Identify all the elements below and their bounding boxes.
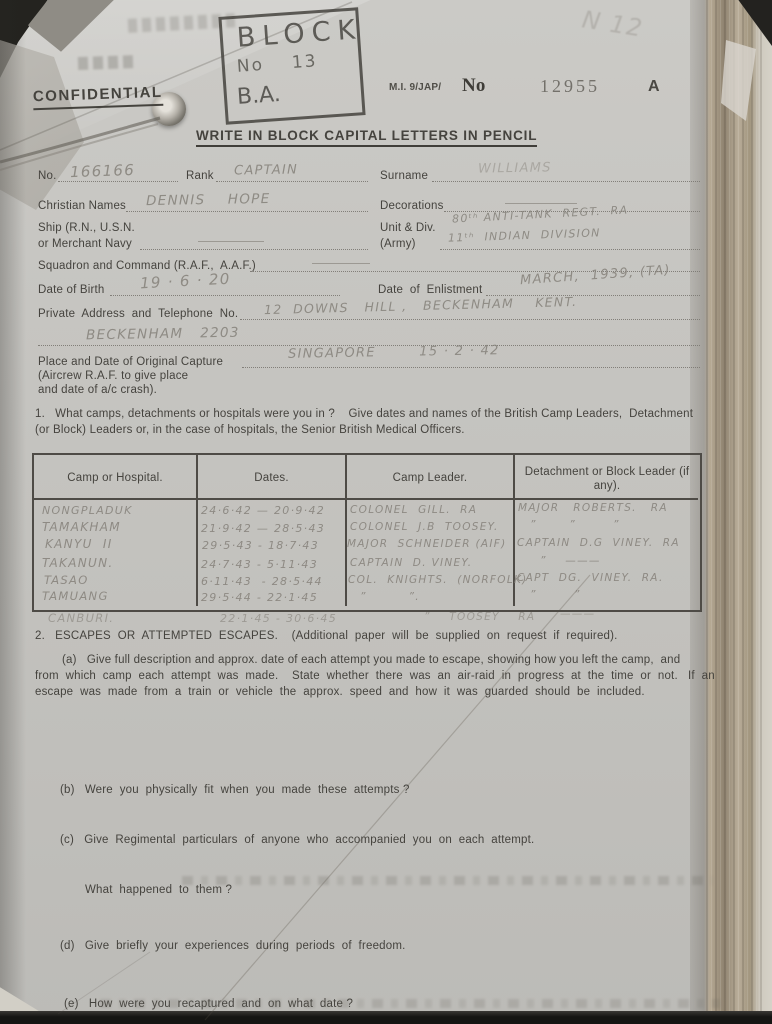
field-surname-line (432, 181, 700, 182)
detachment-cell-1: ” ” ” (530, 519, 620, 531)
leader-cell-1: COLONEL J.B TOOSEY. (350, 521, 499, 533)
torn-corner-flap (28, 0, 138, 70)
field-christian-label: Christian Names (38, 200, 126, 212)
q2a-line-2: from which camp each attempt was made. S… (35, 670, 715, 682)
field-unit-line (440, 249, 700, 250)
bleed-through-band-1 (182, 876, 712, 885)
pencil-scribble: N 12 (580, 5, 645, 42)
detachment-cell-2: CAPTAIN D.G VINEY. RA (517, 537, 680, 549)
top-right-dark-corner (724, 0, 772, 46)
block-stamp-ba: B.A. (236, 82, 281, 110)
bottom-scan-strip (0, 1011, 772, 1024)
ref-suffix: A (648, 78, 660, 96)
detachment-cell-3: ” ——— (540, 555, 601, 567)
field-ship-label-2: or Merchant Navy (38, 238, 132, 250)
ref-no-label: No (462, 75, 486, 97)
field-ship-label-1: Ship (R.N., U.S.N. (38, 222, 135, 234)
field-address-line (240, 319, 700, 320)
squadron-pencil-dash (312, 263, 370, 264)
q2a-line-1: (a) Give full description and approx. da… (62, 654, 680, 666)
camp-cell-5: TAMUANG (42, 589, 109, 603)
decorations-pencil-dash (505, 203, 577, 204)
q1-line-1: 1. What camps, detachments or hospitals … (35, 408, 715, 420)
camp-cell-4: TASAO (44, 573, 89, 587)
field-capture-label: Place and Date of Original Capture (38, 356, 223, 368)
field-unit-label-2: (Army) (380, 238, 416, 250)
field-address-value-1: 12 DOWNS HILL , BECKENHAM KENT. (264, 294, 578, 317)
field-christian-value: DENNIS HOPE (146, 191, 271, 209)
top-right-flap (716, 40, 766, 130)
field-unit-value-2: 11ᵗʰ INDIAN DIVISION (448, 226, 601, 244)
detachment-cell-4: CAPT DG. VINEY. RA. (517, 572, 664, 584)
overflow-camp: CANBURI. (48, 611, 114, 625)
right-edge-stack (690, 0, 772, 1024)
dates-cell-3: 24·7·43 - 5·11·43 (201, 558, 318, 571)
leader-cell-2: MAJOR SCHNEIDER (AIF) (347, 538, 507, 550)
form-title: WRITE IN BLOCK CAPITAL LETTERS IN PENCIL (196, 128, 537, 147)
field-rank-label: Rank (186, 170, 214, 182)
leader-cell-0: COLONEL GILL. RA (350, 504, 477, 516)
field-decorations-label: Decorations (380, 200, 444, 212)
leader-cell-4: COL. KNIGHTS. (NORFOLK) (348, 574, 528, 586)
leader-cell-5: ” ”. (360, 591, 420, 603)
q2a-line-3: escape was made from a train or vehicle … (35, 686, 645, 698)
table-header-camp: Camp or Hospital. (34, 472, 196, 484)
left-edge-shadow (0, 0, 26, 1024)
right-edge-streaks (706, 0, 764, 1024)
detachment-cell-5: ” ” (530, 589, 581, 601)
field-rank-line (216, 181, 368, 182)
table-header-detachment: Detachment or Block Leader (if any). (523, 465, 691, 494)
overflow-dates: 22·1·45 - 30·6·45 (220, 612, 337, 625)
bleed-through-band-2 (100, 999, 720, 1008)
block-stamp-word: BLOCK (236, 14, 363, 54)
torn-corner-light-flap (0, 40, 120, 210)
bottom-left-paper-sliver (0, 978, 60, 1024)
q1-line-2: (or Block) Leaders or, in the case of ho… (35, 424, 465, 436)
field-unit-label-1: Unit & Div. (380, 222, 436, 234)
field-surname-label: Surname (380, 170, 428, 182)
block-no-value: 13 (291, 51, 318, 73)
block-no-label: No (236, 55, 264, 77)
table-header-leader: Camp Leader. (347, 472, 513, 484)
block-stamp: BLOCK No13 B.A. (218, 7, 365, 125)
confidential-marking: CONFIDENTIAL (33, 84, 163, 111)
leader-cell-3: CAPTAIN D. VINEY. (350, 557, 472, 569)
camp-cell-3: TAKANUN. (42, 556, 113, 570)
field-dob-label: Date of Birth (38, 284, 105, 296)
faint-stamp-2 (78, 55, 138, 70)
field-capture-value: SINGAPORE 15 · 2 · 42 (288, 343, 500, 362)
overflow-detachment: ——— (560, 608, 595, 620)
table-header-dates: Dates. (198, 472, 345, 484)
q2c-followup: What happened to them ? (85, 884, 232, 896)
block-stamp-number: No13 (236, 51, 318, 77)
dates-cell-1: 21·9·42 — 28·5·43 (201, 522, 325, 535)
q2d-line: (d) Give briefly your experiences during… (60, 940, 406, 952)
dates-cell-4: 6·11·43 - 28·5·44 (201, 575, 323, 588)
detachment-cell-0: MAJOR ROBERTS. RA (518, 502, 668, 514)
scanned-form-page: N 12 BLOCK No13 B.A. CONFIDENTIAL M.I. 9… (0, 0, 772, 1024)
field-christian-line (126, 211, 368, 212)
dates-cell-2: 29·5·43 - 18·7·43 (202, 539, 319, 552)
ship-pencil-dash (198, 241, 264, 242)
torn-corner-dark (0, 0, 70, 100)
camp-cell-2: KANYU II (45, 537, 113, 551)
camp-cell-0: NONGPLADUK (42, 504, 133, 517)
q2-heading: 2. ESCAPES OR ATTEMPTED ESCAPES. (Additi… (35, 630, 618, 642)
dates-cell-5: 29·5·44 - 22·1·45 (201, 591, 318, 604)
field-address-value-2: BECKENHAM 2203 (86, 325, 240, 344)
field-address-label: Private Address and Telephone No. (38, 308, 238, 320)
field-surname-value: WILLIAMS (478, 160, 552, 176)
field-enlist-value: MARCH, 1939, (TA) (520, 263, 672, 288)
ref-number: 12955 (540, 76, 600, 97)
ref-prefix: M.I. 9/JAP/ (389, 82, 441, 93)
field-rank-value: CAPTAIN (234, 162, 298, 178)
field-dob-value: 19 · 6 · 20 (140, 270, 231, 293)
dates-cell-0: 24·6·42 — 20·9·42 (201, 504, 325, 517)
q2c-line: (c) Give Regimental particulars of anyon… (60, 834, 534, 846)
field-capture-line (242, 367, 700, 368)
field-dob-line (110, 295, 340, 296)
field-capture-note-1: (Aircrew R.A.F. to give place (38, 370, 188, 382)
q2b-line: (b) Were you physically fit when you mad… (60, 784, 410, 796)
field-enlist-label: Date of Enlistment (378, 284, 482, 296)
field-ship-line (140, 249, 368, 250)
field-unit-value-1: 80ᵗʰ ANTI-TANK REGT. RA (452, 203, 629, 225)
overflow-leader: ” TOOSEY RA (424, 611, 535, 623)
table-header-rule (32, 498, 698, 500)
field-capture-note-2: and date of a/c crash). (38, 384, 157, 396)
field-no-line (58, 181, 178, 182)
field-no-label: No. (38, 170, 57, 182)
field-no-value: 166166 (70, 161, 136, 181)
camp-cell-1: TAMAKHAM (42, 520, 121, 534)
